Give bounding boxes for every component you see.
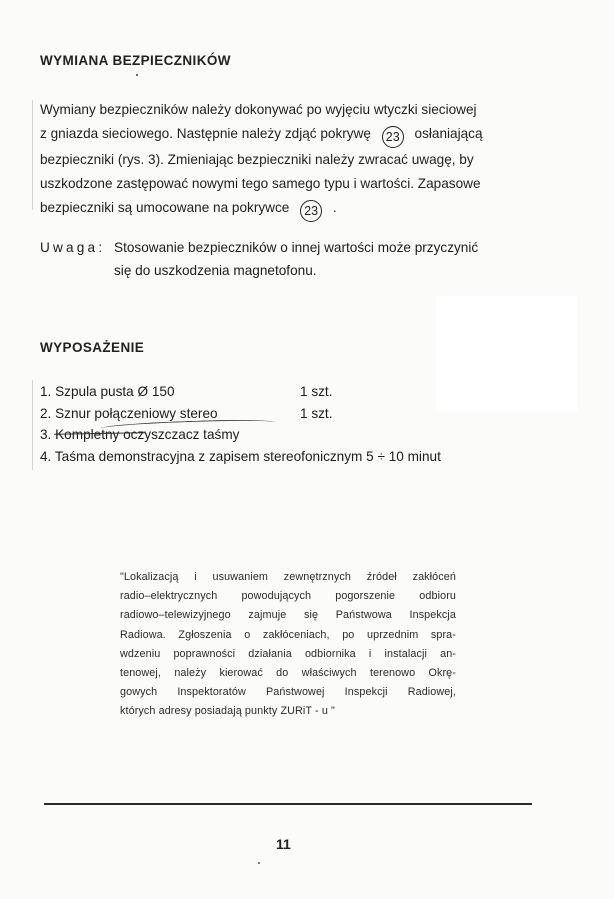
document-page: WYMIANA BEZPIECZNIKÓW Wymiany bezpieczni… (0, 0, 614, 899)
item-text: 4. Taśma demonstracyjna z zapisem stereo… (40, 449, 441, 464)
list-item-struck: 3. Kompletny oczyszczacz taśmy (40, 424, 441, 446)
quote-line: "Lokalizacją i usuwaniem zewnętrznych źr… (120, 568, 456, 587)
paragraph-line: bezpieczniki są umocowane na pokrywce 23… (40, 196, 560, 222)
scan-edge-mark (32, 380, 33, 470)
scan-edge-mark (32, 100, 33, 210)
item-text: 2. Sznur połączeniowy stereo (40, 406, 218, 421)
inspection-quote: "Lokalizacją i usuwaniem zewnętrznych źr… (120, 568, 456, 722)
fuses-paragraph: Wymiany bezpieczników należy dokonywać p… (40, 98, 560, 222)
section-heading-fuses: WYMIANA BEZPIECZNIKÓW (40, 53, 231, 68)
scan-speck (136, 74, 138, 76)
quote-line: radio–elektrycznych powodujących pogorsz… (120, 587, 456, 606)
circled-reference-marker: 23 (382, 126, 404, 148)
quote-line: wdzeniu poprawności działania odbiornika… (120, 645, 456, 664)
quote-line: gowych Inspektoratów Państwowej Inspekcj… (120, 683, 456, 702)
quote-line: Radiowa. Zgłoszenia o zakłóceniach, po u… (120, 626, 456, 645)
footer-rule (44, 803, 532, 805)
section-heading-equipment: WYPOSAŻENIE (40, 340, 144, 355)
equipment-list: 1. Szpula pusta Ø 150 1 szt. 2. Sznur po… (40, 381, 441, 467)
scan-speck (258, 862, 260, 864)
scan-artifact (436, 296, 578, 412)
paragraph-line: bezpieczniki (rys. 3). Zmieniając bezpie… (40, 148, 560, 172)
circled-reference-marker: 23 (300, 200, 322, 222)
paragraph-line: uszkodzone zastępować nowymi tego samego… (40, 172, 560, 196)
paragraph-line: z gniazda sieciowego. Następnie należy z… (40, 122, 560, 148)
paragraph-line: Wymiany bezpieczników należy dokonywać p… (40, 98, 560, 122)
note-line: Stosowanie bezpieczników o innej wartośc… (114, 236, 478, 259)
note-line: się do uszkodzenia magnetofonu. (114, 259, 478, 282)
note-text: Stosowanie bezpieczników o innej wartośc… (114, 236, 478, 282)
list-item: 4. Taśma demonstracyjna z zapisem stereo… (40, 446, 441, 468)
quote-line: tenowej, należy kierować do właściwych t… (120, 664, 456, 683)
item-quantity: 1 szt. (300, 403, 332, 425)
item-text: 1. Szpula pusta Ø 150 (40, 384, 175, 399)
page-number: 11 (276, 836, 291, 852)
item-quantity: 1 szt. (300, 381, 332, 403)
note-label: Uwaga: (40, 236, 114, 259)
quote-line: radiowo–telewizyjnego zajmuje się Państw… (120, 606, 456, 625)
list-item: 1. Szpula pusta Ø 150 1 szt. (40, 381, 441, 403)
warning-note: Uwaga: Stosowanie bezpieczników o innej … (40, 236, 114, 259)
quote-line: których adresy posiadają punkty ZURiT - … (120, 702, 456, 721)
